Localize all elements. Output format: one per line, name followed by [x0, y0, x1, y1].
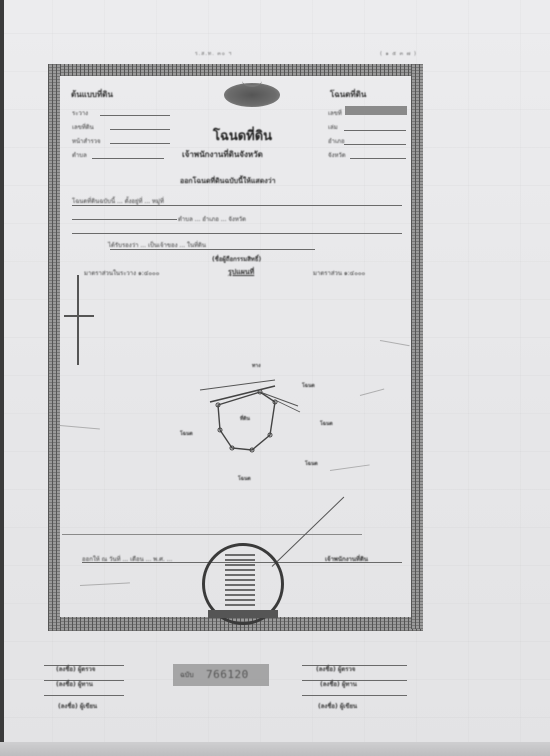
scale-left: มาตราส่วนในระวาง ๑:๔๐๐๐	[84, 268, 159, 278]
subtitle-3: (ชื่อผู้ถือกรรมสิทธิ์)	[212, 254, 261, 264]
subtitle-4: รูปแผนที่	[228, 267, 254, 278]
stamp-number: 766120	[206, 668, 249, 681]
map-label: ที่ดิน	[240, 415, 250, 423]
scale-right: มาตราส่วน ๑:๔๐๐๐	[313, 268, 365, 278]
body-row: ตำบล ... อำเภอ ... จังหวัด	[178, 214, 246, 224]
left-field-label: เลขที่ดิน	[72, 122, 94, 132]
bottom-left-sig: (ลงชื่อ) ผู้ทาน	[56, 679, 93, 689]
left-field-label: ระวาง	[72, 108, 88, 118]
left-field-label: ตำบล	[72, 150, 87, 160]
left-field-label: หน้าสำรวจ	[72, 136, 101, 146]
right-heading: โฉนดที่ดิน	[330, 88, 366, 101]
bottom-right-sig: (ลงชื่อ) ผู้ทาน	[320, 679, 357, 689]
redacted-deed-number	[345, 106, 407, 115]
bottom-right-sig: (ลงชื่อ) ผู้ตรวจ	[316, 664, 355, 674]
map-label: ทาง	[252, 362, 261, 370]
north-arrow-crossbar	[64, 315, 94, 317]
right-field-label: อำเภอ	[328, 136, 345, 146]
border-right	[411, 64, 423, 629]
scan-bottom-edge	[0, 742, 550, 756]
map-label: โฉนด	[320, 420, 333, 428]
border-left	[48, 64, 60, 629]
top-header-left: ร.ส.ท. ๓๐ ฯ	[195, 50, 232, 58]
bottom-left-sig: (ลงชื่อ) ผู้ตรวจ	[56, 664, 95, 674]
top-header-right: ( ๑ ๕ ๓ ๗ )	[380, 50, 417, 58]
right-field-label: เล่ม	[328, 122, 338, 132]
subtitle-1: เจ้าพนักงานที่ดินจังหวัด	[182, 148, 263, 161]
seal-base	[208, 610, 278, 618]
map-label: โฉนด	[238, 475, 251, 483]
bottom-right-sig: (ลงชื่อ) ผู้เขียน	[318, 701, 357, 711]
signature-label: เจ้าพนักงานที่ดิน	[325, 554, 368, 564]
left-heading: ต้นแบบที่ดิน	[71, 88, 113, 101]
scan-edge	[0, 0, 4, 756]
stamp-prefix: ฉบับ	[180, 670, 194, 681]
map-label: โฉนด	[180, 430, 193, 438]
subtitle-2: ออกโฉนดที่ดินฉบับนี้ให้แสดงว่า	[180, 176, 276, 187]
map-label: โฉนด	[305, 460, 318, 468]
bottom-left-sig: (ลงชื่อ) ผู้เขียน	[58, 701, 97, 711]
right-field-label: เลขที่	[328, 108, 342, 118]
border-top	[48, 64, 423, 76]
royal-emblem-icon	[224, 83, 280, 107]
map-label: โฉนด	[302, 382, 315, 390]
north-arrow-icon	[77, 275, 79, 365]
main-title: โฉนดที่ดิน	[213, 125, 272, 146]
right-field-label: จังหวัด	[328, 150, 346, 160]
parcel-map: ทาง ที่ดิน โฉนด โฉนด โฉนด โฉนด โฉนด	[180, 360, 380, 490]
